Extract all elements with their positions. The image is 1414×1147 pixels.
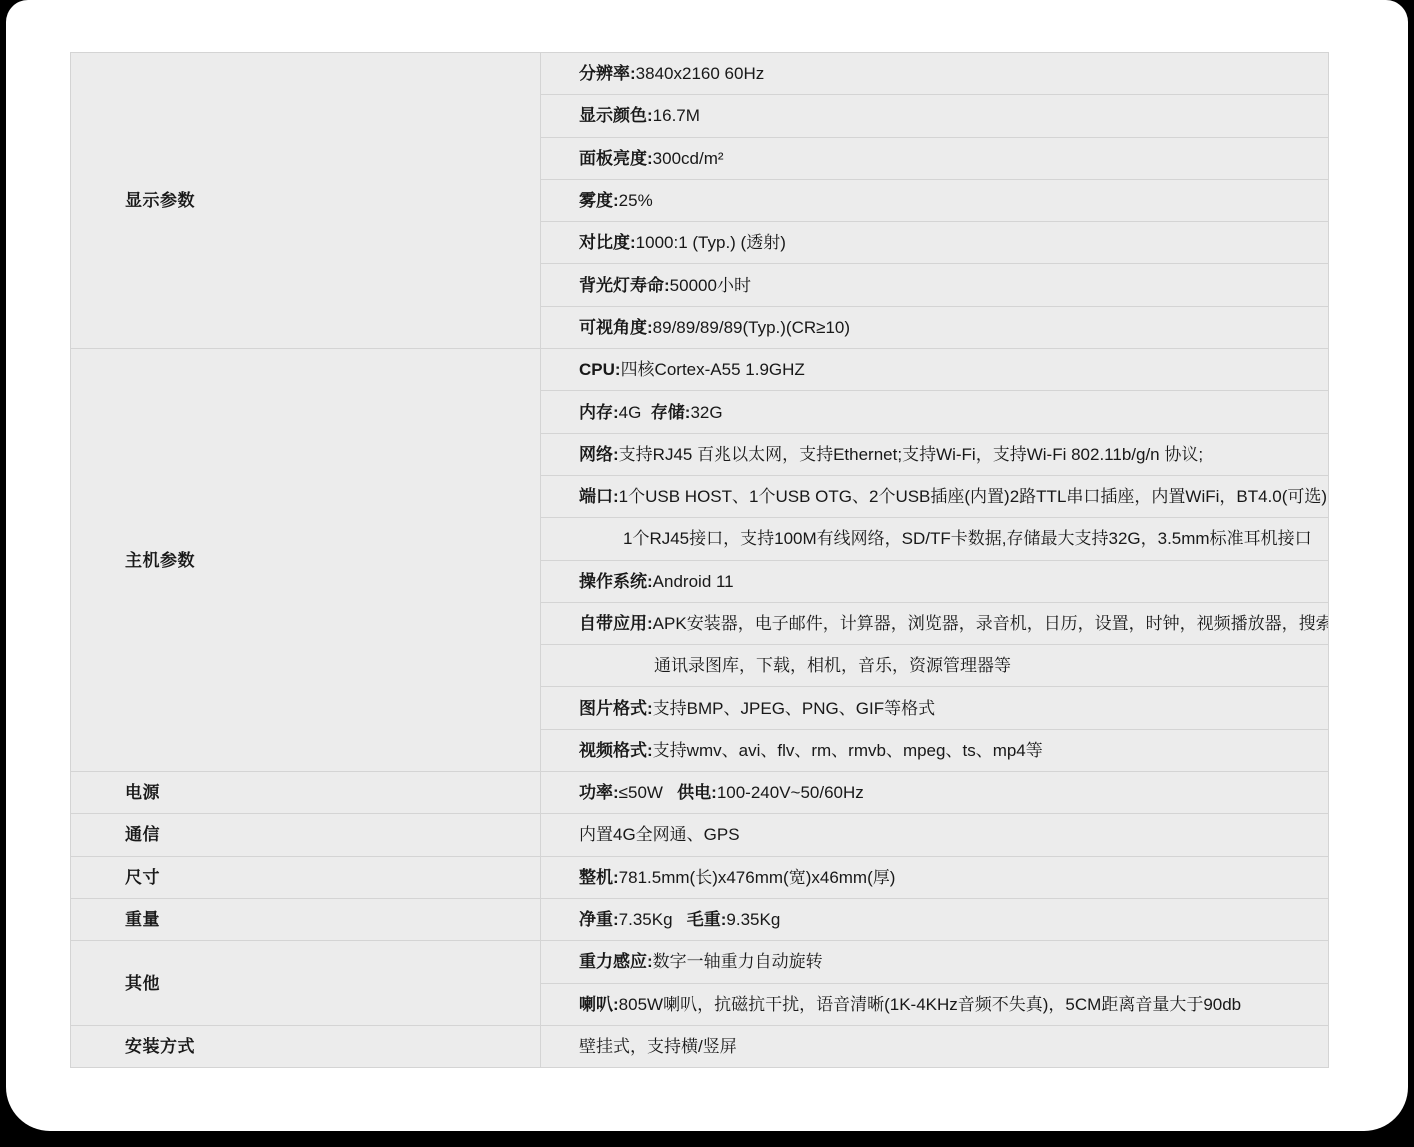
spec-row: 网络:支持RJ45 百兆以太网，支持Ethernet;支持Wi-Fi，支持Wi-… (541, 433, 1328, 475)
spec-key: 端口: (579, 488, 619, 505)
spec-category-label: 主机参数 (71, 349, 541, 771)
spec-section: 安装方式壁挂式，支持横/竖屏 (71, 1025, 1328, 1067)
spec-row: 1个RJ45接口，支持100M有线网络，SD/TF卡数据,存储最大支持32G，3… (541, 517, 1328, 559)
spec-key: 视频格式: (579, 742, 653, 759)
spec-section: 重量净重:7.35Kg 毛重:9.35Kg (71, 898, 1328, 940)
spec-row: 可视角度:89/89/89/89(Typ.)(CR≥10) (541, 306, 1328, 348)
spec-value: 9.35Kg (726, 911, 780, 928)
spec-row: 视频格式:支持wmv、avi、flv、rm、rmvb、mpeg、ts、mp4等 (541, 729, 1328, 771)
spec-value: 1个RJ45接口，支持100M有线网络，SD/TF卡数据,存储最大支持32G，3… (623, 530, 1312, 547)
spec-key: 净重: (579, 911, 619, 928)
spec-value: 25% (619, 192, 653, 209)
spec-row: 自带应用:APK安装器，电子邮件，计算器，浏览器，录音机，日历，设置，时钟，视频… (541, 602, 1328, 644)
spec-value: APK安装器，电子邮件，计算器，浏览器，录音机，日历，设置，时钟，视频播放器，搜… (653, 615, 1328, 632)
content-surface: 显示参数分辨率:3840x2160 60Hz显示颜色:16.7M面板亮度:300… (6, 0, 1408, 1131)
spec-value: 数字一轴重力自动旋转 (653, 953, 823, 970)
spec-value: 通讯录图库，下载，相机，音乐，资源管理器等 (654, 657, 1011, 674)
spec-section: 电源功率:≤50W 供电:100-240V~50/60Hz (71, 771, 1328, 813)
spec-key: 毛重: (687, 911, 727, 928)
spec-value: 1000:1 (Typ.) (透射) (636, 234, 786, 251)
spec-row: 内置4G全网通、GPS (541, 814, 1328, 855)
spec-category-label: 安装方式 (71, 1026, 541, 1067)
spec-key: 供电: (677, 784, 717, 801)
spec-key: 分辨率: (579, 65, 636, 82)
spec-row-group: 净重:7.35Kg 毛重:9.35Kg (541, 899, 1328, 940)
spec-key: 对比度: (579, 234, 636, 251)
spec-row-group: 内置4G全网通、GPS (541, 814, 1328, 855)
spec-value: 内置4G全网通、GPS (579, 826, 740, 843)
spec-value: 支持wmv、avi、flv、rm、rmvb、mpeg、ts、mp4等 (653, 742, 1043, 759)
spec-table: 显示参数分辨率:3840x2160 60Hz显示颜色:16.7M面板亮度:300… (70, 52, 1329, 1068)
spec-row-group: 壁挂式，支持横/竖屏 (541, 1026, 1328, 1067)
spec-value: 壁挂式，支持横/竖屏 (579, 1038, 737, 1055)
spec-category-label: 显示参数 (71, 53, 541, 348)
spec-key: 存储: (651, 404, 691, 421)
spec-value: 300cd/m² (653, 150, 724, 167)
spec-row: 对比度:1000:1 (Typ.) (透射) (541, 221, 1328, 263)
spec-row: CPU:四核Cortex-A55 1.9GHZ (541, 349, 1328, 390)
spec-value: 支持RJ45 百兆以太网，支持Ethernet;支持Wi-Fi，支持Wi-Fi … (619, 446, 1203, 463)
spec-category-label: 其他 (71, 941, 541, 1025)
spec-key: 网络: (579, 446, 619, 463)
spec-key: CPU: (579, 361, 621, 378)
spec-row-group: 整机:781.5mm(长)x476mm(宽)x46mm(厚) (541, 857, 1328, 898)
spec-row: 分辨率:3840x2160 60Hz (541, 53, 1328, 94)
spec-row: 净重:7.35Kg 毛重:9.35Kg (541, 899, 1328, 940)
spec-section: 通信内置4G全网通、GPS (71, 813, 1328, 855)
spec-row-group: 功率:≤50W 供电:100-240V~50/60Hz (541, 772, 1328, 813)
spec-value: 3840x2160 60Hz (636, 65, 765, 82)
spec-row-group: CPU:四核Cortex-A55 1.9GHZ内存:4G 存储:32G网络:支持… (541, 349, 1328, 771)
spec-key: 重力感应: (579, 953, 653, 970)
spec-value: 89/89/89/89(Typ.)(CR≥10) (653, 319, 850, 336)
spec-row: 功率:≤50W 供电:100-240V~50/60Hz (541, 772, 1328, 813)
spec-key: 自带应用: (579, 615, 653, 632)
spec-section: 其他重力感应:数字一轴重力自动旋转喇叭:805W喇叭，抗磁抗干扰，语音清晰(1K… (71, 940, 1328, 1025)
spec-row: 壁挂式，支持横/竖屏 (541, 1026, 1328, 1067)
spec-row: 背光灯寿命:50000小时 (541, 263, 1328, 305)
spec-row: 端口:1个USB HOST、1个USB OTG、2个USB插座(内置)2路TTL… (541, 475, 1328, 517)
spec-key: 面板亮度: (579, 150, 653, 167)
spec-value: 805W喇叭，抗磁抗干扰，语音清晰(1K-4KHz音频不失真)，5CM距离音量大… (619, 996, 1241, 1013)
spec-row: 操作系统:Android 11 (541, 560, 1328, 602)
spec-section: 尺寸整机:781.5mm(长)x476mm(宽)x46mm(厚) (71, 856, 1328, 898)
spec-category-label: 通信 (71, 814, 541, 855)
spec-value: Android 11 (653, 573, 734, 590)
spec-category-label: 电源 (71, 772, 541, 813)
spec-key: 图片格式: (579, 700, 653, 717)
spec-section: 主机参数CPU:四核Cortex-A55 1.9GHZ内存:4G 存储:32G网… (71, 348, 1328, 771)
spec-value: 4G (619, 404, 651, 421)
spec-value: 1个USB HOST、1个USB OTG、2个USB插座(内置)2路TTL串口插… (619, 488, 1328, 505)
spec-row: 雾度:25% (541, 179, 1328, 221)
spec-value: 7.35Kg (619, 911, 687, 928)
spec-category-label: 重量 (71, 899, 541, 940)
spec-value: 支持BMP、JPEG、PNG、GIF等格式 (653, 700, 935, 717)
spec-row: 重力感应:数字一轴重力自动旋转 (541, 941, 1328, 982)
spec-row-group: 分辨率:3840x2160 60Hz显示颜色:16.7M面板亮度:300cd/m… (541, 53, 1328, 348)
spec-row: 通讯录图库，下载，相机，音乐，资源管理器等 (541, 644, 1328, 686)
spec-row: 整机:781.5mm(长)x476mm(宽)x46mm(厚) (541, 857, 1328, 898)
spec-key: 功率: (579, 784, 619, 801)
spec-key: 显示颜色: (579, 107, 653, 124)
spec-row-group: 重力感应:数字一轴重力自动旋转喇叭:805W喇叭，抗磁抗干扰，语音清晰(1K-4… (541, 941, 1328, 1025)
spec-key: 雾度: (579, 192, 619, 209)
spec-row: 内存:4G 存储:32G (541, 390, 1328, 432)
spec-key: 操作系统: (579, 573, 653, 590)
spec-row: 显示颜色:16.7M (541, 94, 1328, 136)
spec-value: ≤50W (619, 784, 677, 801)
spec-key: 整机: (579, 869, 619, 886)
spec-value: 16.7M (653, 107, 700, 124)
spec-row: 图片格式:支持BMP、JPEG、PNG、GIF等格式 (541, 686, 1328, 728)
spec-value: 50000小时 (670, 277, 751, 294)
spec-key: 喇叭: (579, 996, 619, 1013)
spec-value: 32G (690, 404, 722, 421)
spec-category-label: 尺寸 (71, 857, 541, 898)
spec-row: 喇叭:805W喇叭，抗磁抗干扰，语音清晰(1K-4KHz音频不失真)，5CM距离… (541, 983, 1328, 1025)
spec-row: 面板亮度:300cd/m² (541, 137, 1328, 179)
spec-section: 显示参数分辨率:3840x2160 60Hz显示颜色:16.7M面板亮度:300… (71, 53, 1328, 348)
spec-value: 四核Cortex-A55 1.9GHZ (621, 361, 805, 378)
spec-value: 781.5mm(长)x476mm(宽)x46mm(厚) (619, 869, 896, 886)
spec-key: 内存: (579, 404, 619, 421)
spec-key: 可视角度: (579, 319, 653, 336)
spec-value: 100-240V~50/60Hz (717, 784, 864, 801)
spec-key: 背光灯寿命: (579, 277, 670, 294)
